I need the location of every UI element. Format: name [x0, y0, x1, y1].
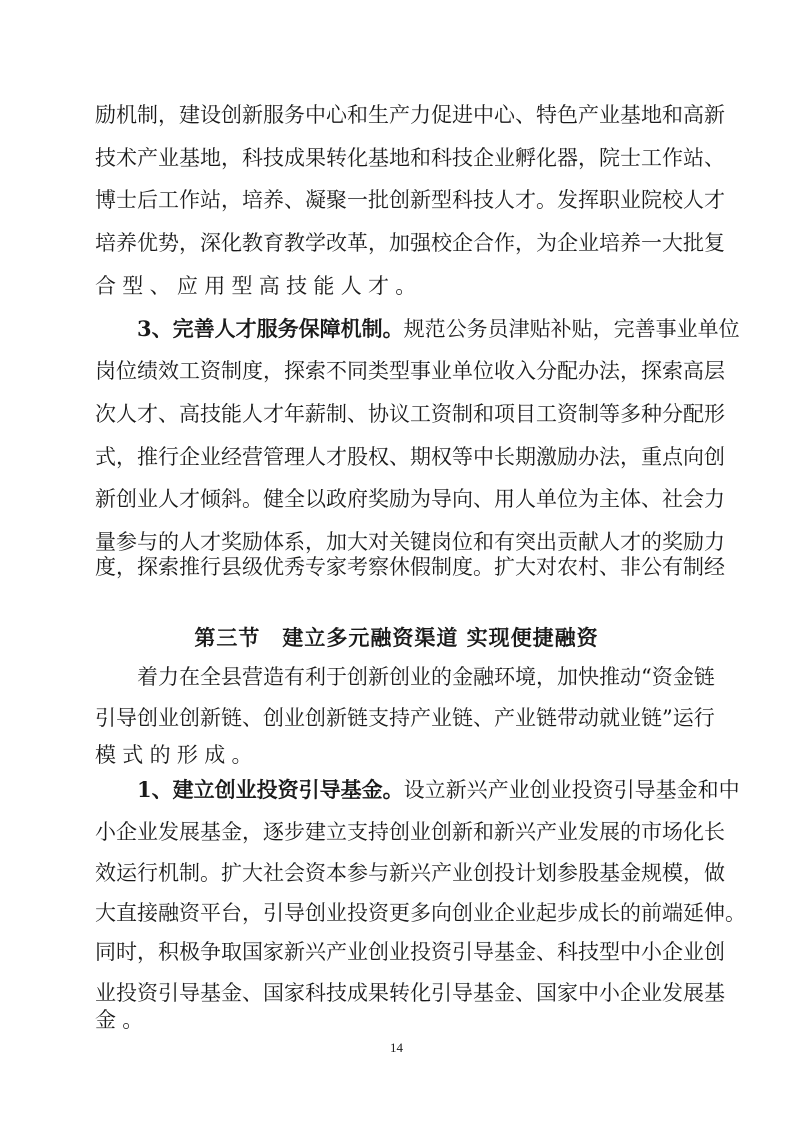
text-line: 引导创业创新链、创业创新链支持产业链、产业链带动就业链”运行	[95, 703, 699, 733]
text-line: 效运行机制。扩大社会资本参与新兴产业创投计划参股基金规模，做	[95, 858, 699, 888]
text-line: 合型、应用型高技能人才。	[95, 271, 699, 301]
text-line: 同时，积极争取国家新兴产业创业投资引导基金、科技型中小企业创	[95, 937, 699, 967]
paragraph-first-line: 1、建立创业投资引导基金。设立新兴产业创业投资引导基金和中	[137, 775, 699, 805]
text-line: 模式的形成。	[95, 740, 699, 770]
text-line: 业投资引导基金、国家科技成果转化引导基金、国家中小企业发展基	[95, 978, 699, 1008]
section-heading: 第三节 建立多元融资渠道 实现便捷融资	[0, 623, 793, 653]
page-number: 14	[0, 1040, 793, 1056]
text-line: 博士后工作站，培养、凝聚一批创新型科技人才。发挥职业院校人才	[95, 185, 699, 215]
text-line: 次人才、高技能人才年薪制、协议工资制和项目工资制等多种分配形	[95, 399, 699, 429]
text-line: 岗位绩效工资制度，探索不同类型事业单位收入分配办法，探索高层	[95, 356, 699, 386]
text-line: 小企业发展基金，逐步建立支持创业创新和新兴产业发展的市场化长	[95, 817, 699, 847]
text-line: 金。	[95, 1005, 699, 1035]
item-heading: 3、完善人才服务保障机制。	[137, 316, 404, 341]
text-line: 大直接融资平台，引导创业投资更多向创业企业起步成长的前端延伸。	[95, 898, 699, 928]
text-line: 度，探索推行县级优秀专家考察休假制度。扩大对农村、非公有制经	[95, 552, 699, 582]
paragraph-first-line: 着力在全县营造有利于创新创业的金融环境，加快推动“资金链	[137, 662, 699, 692]
text-line: 式，推行企业经营管理人才股权、期权等中长期激励办法，重点向创	[95, 442, 699, 472]
text-line: 培养优势，深化教育教学改革，加强校企合作，为企业培养一大批复	[95, 228, 699, 258]
text-run: 设立新兴产业创业投资引导基金和中	[404, 778, 740, 802]
text-line: 新创业人才倾斜。健全以政府奖励为导向、用人单位为主体、社会力	[95, 484, 699, 514]
text-line: 技术产业基地，科技成果转化基地和科技企业孵化器，院士工作站、	[95, 143, 699, 173]
item-heading: 1、建立创业投资引导基金。	[137, 777, 404, 802]
text-line: 励机制，建设创新服务中心和生产力促进中心、特色产业基地和高新	[95, 100, 699, 130]
paragraph-first-line: 3、完善人才服务保障机制。规范公务员津贴补贴，完善事业单位	[137, 314, 699, 344]
text-run: 规范公务员津贴补贴，完善事业单位	[404, 317, 740, 341]
